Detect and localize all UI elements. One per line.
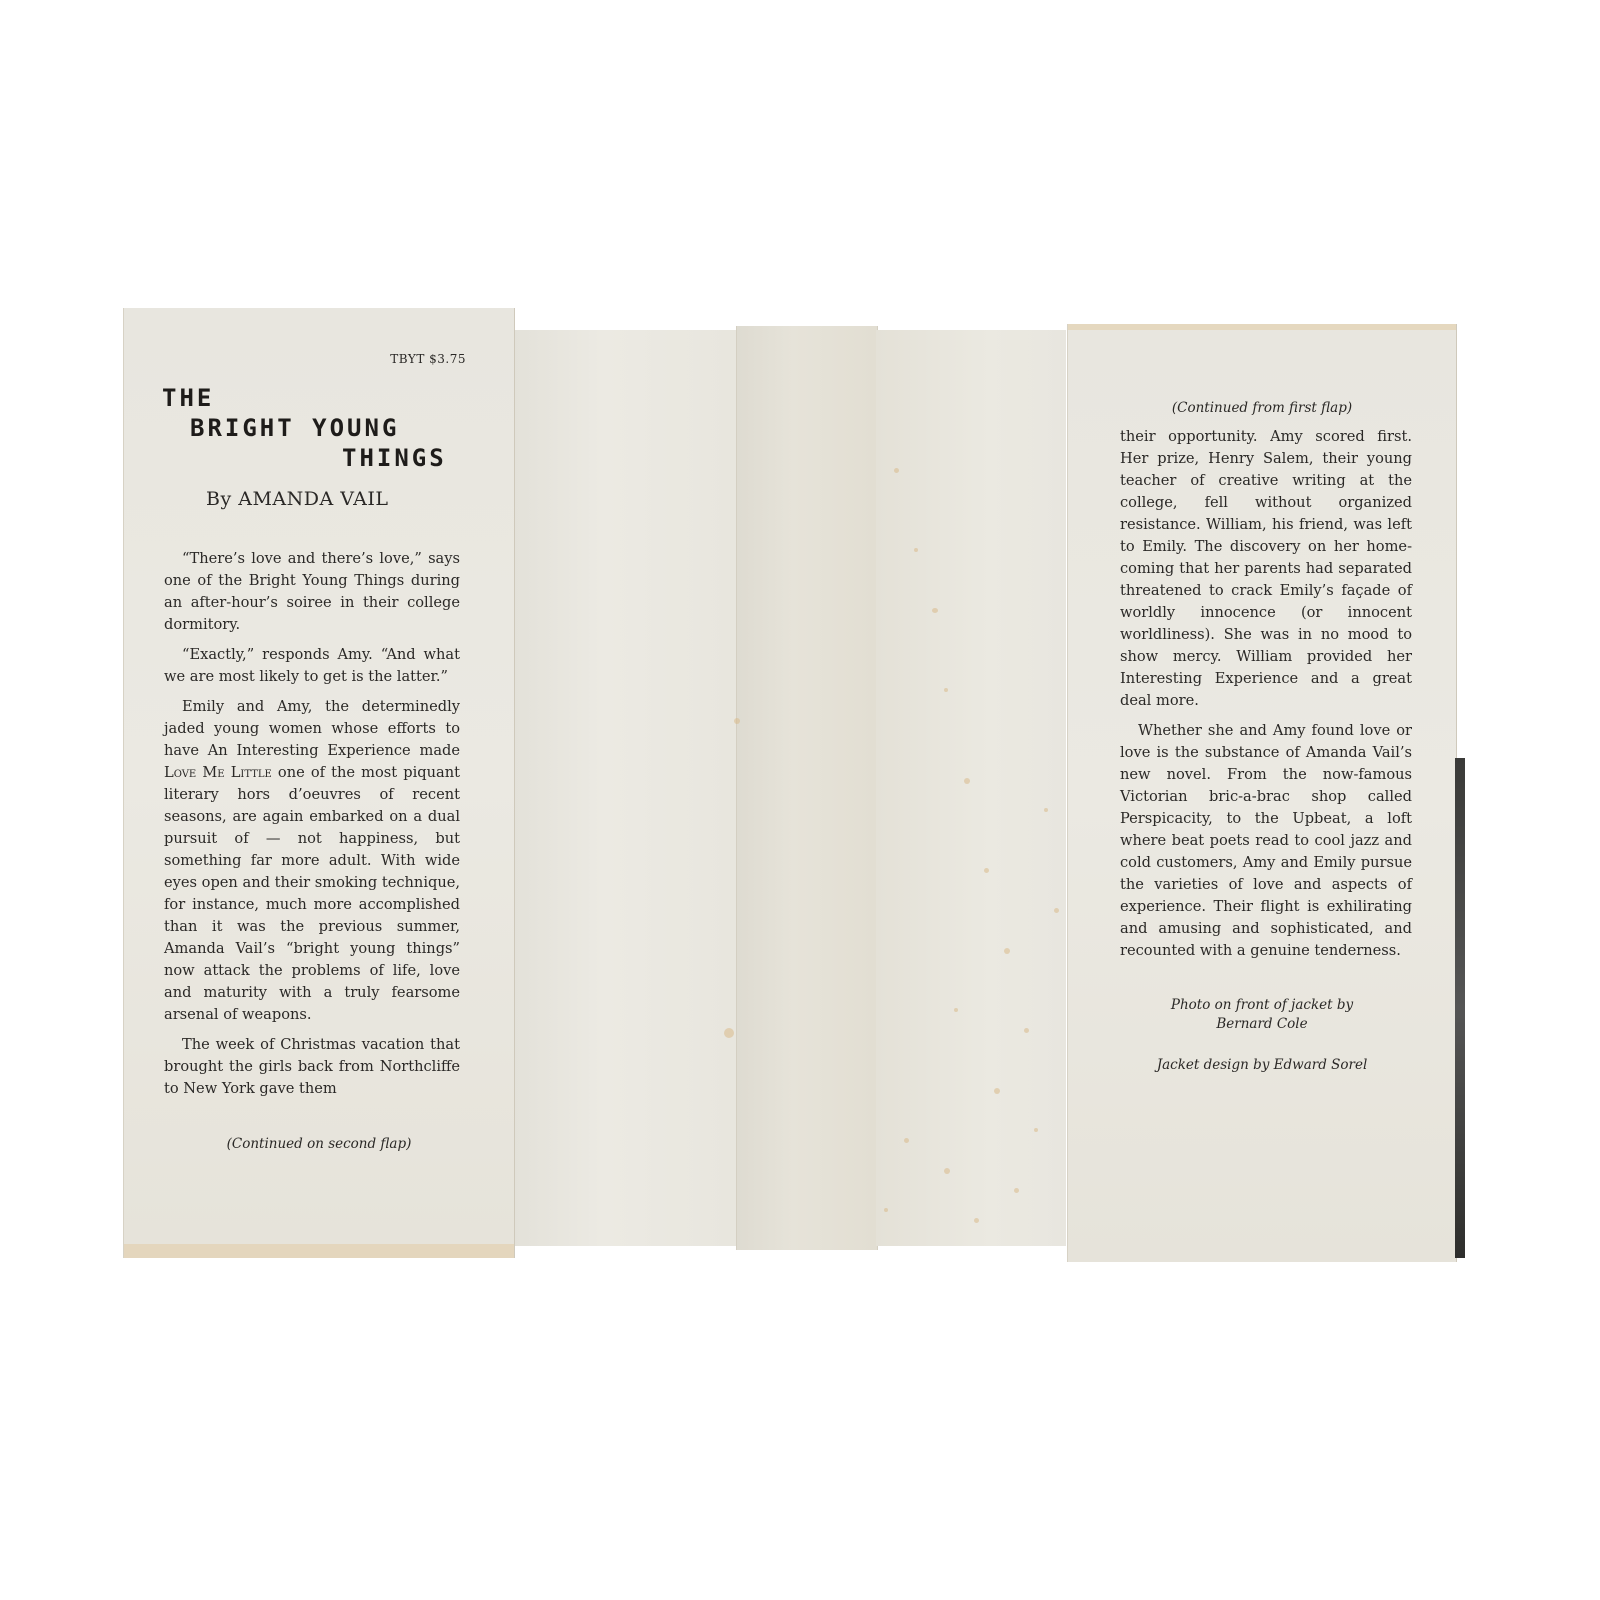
blurb-paragraph: The week of Christmas vacation that brou… — [164, 1034, 460, 1100]
author-byline: By AMANDA VAIL — [206, 488, 389, 510]
spine-inside — [736, 326, 878, 1250]
book-title-line-3: THINGS — [342, 444, 447, 472]
blurb-text: Emily and Amy, the determinedly jaded yo… — [164, 698, 460, 759]
continued-from-note: (Continued from first flap) — [1068, 400, 1456, 416]
jacket-design-credit: Jacket design by Edward Sorel — [1068, 1056, 1456, 1075]
photo-credit-label: Photo on front of jacket by — [1068, 996, 1456, 1015]
blurb-paragraph: their opportunity. Amy scored first. Her… — [1120, 426, 1412, 712]
blurb-paragraph: Whether she and Amy found love or love i… — [1120, 720, 1412, 962]
back-panel-inside — [876, 330, 1066, 1246]
blurb-paragraph: Emily and Amy, the determinedly jaded yo… — [164, 696, 460, 1026]
continued-on-note: (Continued on second flap) — [124, 1136, 514, 1152]
referenced-book-title: Love Me Little — [164, 764, 272, 781]
book-title-line-2: BRIGHT YOUNG — [190, 414, 399, 442]
price-code: TBYT $3.75 — [390, 352, 466, 366]
front-panel-inside — [514, 330, 736, 1246]
back-flap-blurb: their opportunity. Amy scored first. Her… — [1120, 426, 1412, 970]
photo-credit-name: Bernard Cole — [1068, 1015, 1456, 1034]
back-flap: (Continued from first flap) their opport… — [1068, 324, 1456, 1262]
blurb-text: one of the most piquant literary hors d’… — [164, 764, 460, 1023]
book-title-line-1: THE — [162, 384, 214, 412]
photo-credit: Photo on front of jacket by Bernard Cole — [1068, 996, 1456, 1034]
front-flap-blurb: “There’s love and there’s love,” says on… — [164, 548, 460, 1108]
front-cover-edge — [1455, 758, 1465, 1258]
dust-jacket: TBYT $3.75 THE BRIGHT YOUNG THINGS By AM… — [124, 308, 1478, 1258]
blurb-paragraph: “Exactly,” responds Amy. “And what we ar… — [164, 644, 460, 688]
blurb-paragraph: “There’s love and there’s love,” says on… — [164, 548, 460, 636]
front-flap: TBYT $3.75 THE BRIGHT YOUNG THINGS By AM… — [124, 308, 514, 1258]
